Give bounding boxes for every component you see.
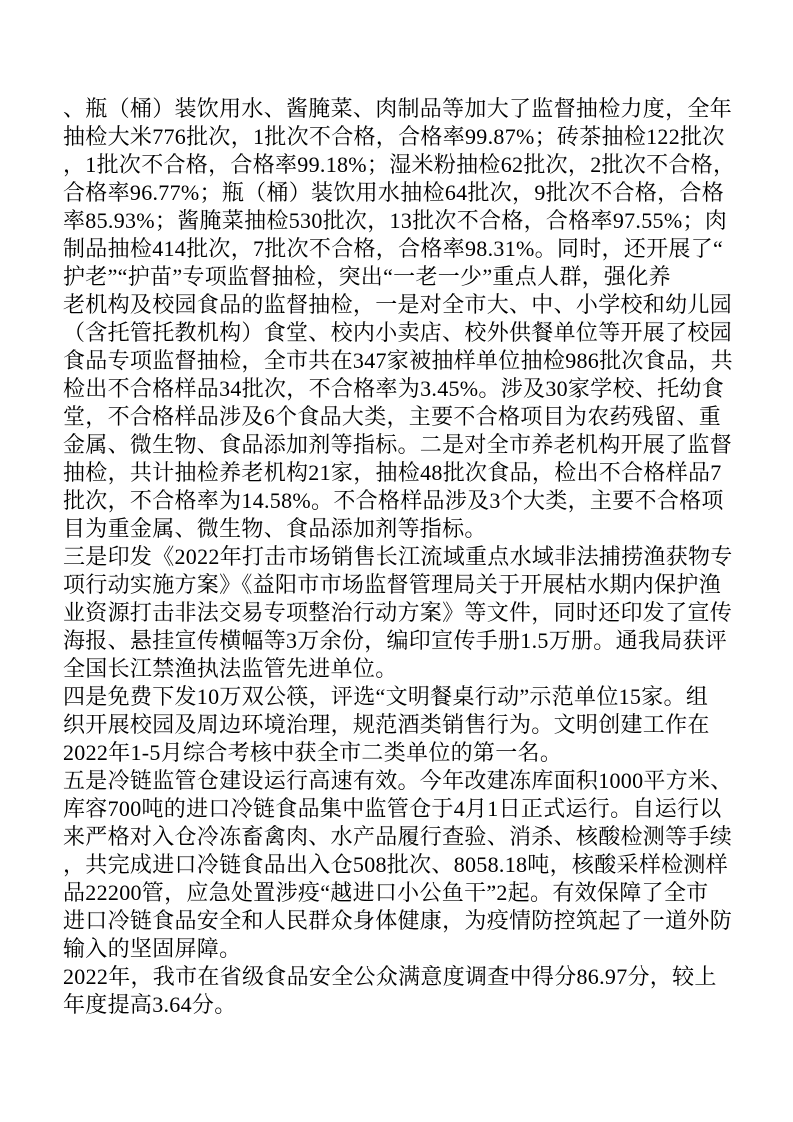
text-line: 检出不合格样品34批次，不合格率为3.45%。涉及30家学校、托幼食 <box>63 375 735 403</box>
document-text-block: 、瓶（桶）装饮用水、酱腌菜、肉制品等加大了监督抽检力度，全年抽检大米776批次，… <box>63 95 735 1019</box>
text-line: 2022年1-5月综合考核中获全市二类单位的第一名。 <box>63 739 735 767</box>
text-line: 品22200管，应急处置涉疫“越进口小公鱼干”2起。有效保障了全市 <box>63 879 735 907</box>
text-line: 食品专项监督抽检，全市共在347家被抽样单位抽检986批次食品，共 <box>63 347 735 375</box>
text-line: （含托管托教机构）食堂、校内小卖店、校外供餐单位等开展了校园 <box>63 319 735 347</box>
text-line: 合格率96.77%；瓶（桶）装饮用水抽检64批次，9批次不合格，合格 <box>63 179 735 207</box>
text-line: 批次，不合格率为14.58%。不合格样品涉及3个大类，主要不合格项 <box>63 487 735 515</box>
text-line: 金属、微生物、食品添加剂等指标。二是对全市养老机构开展了监督 <box>63 431 735 459</box>
text-line: 全国长江禁渔执法监管先进单位。 <box>63 655 735 683</box>
text-line: 业资源打击非法交易专项整治行动方案》等文件，同时还印发了宣传 <box>63 599 735 627</box>
text-line: 抽检大米776批次，1批次不合格，合格率99.87%；砖茶抽检122批次 <box>63 123 735 151</box>
text-line: 抽检，共计抽检养老机构21家，抽检48批次食品，检出不合格样品7 <box>63 459 735 487</box>
text-line: ，共完成进口冷链食品出入仓508批次、8058.18吨，核酸采样检测样 <box>63 851 735 879</box>
text-line: 织开展校园及周边环境治理，规范酒类销售行为。文明创建工作在 <box>63 711 735 739</box>
text-line: 制品抽检414批次，7批次不合格，合格率98.31%。同时，还开展了“ <box>63 235 735 263</box>
text-line: 五是冷链监管仓建设运行高速有效。今年改建冻库面积1000平方米、 <box>63 767 735 795</box>
text-line: 、瓶（桶）装饮用水、酱腌菜、肉制品等加大了监督抽检力度，全年 <box>63 95 735 123</box>
text-line: 老机构及校园食品的监督抽检，一是对全市大、中、小学校和幼儿园 <box>63 291 735 319</box>
text-line: 来严格对入仓冷冻畜禽肉、水产品履行查验、消杀、核酸检测等手续 <box>63 823 735 851</box>
text-line: 输入的坚固屏障。 <box>63 935 735 963</box>
text-line: 项行动实施方案》《益阳市市场监督管理局关于开展枯水期内保护渔 <box>63 571 735 599</box>
text-line: 目为重金属、微生物、食品添加剂等指标。 <box>63 515 735 543</box>
text-line: 年度提高3.64分。 <box>63 991 735 1019</box>
text-line: 库容700吨的进口冷链食品集中监管仓于4月1日正式运行。自运行以 <box>63 795 735 823</box>
text-line: 率85.93%；酱腌菜抽检530批次，13批次不合格，合格率97.55%；肉 <box>63 207 735 235</box>
text-line: 四是免费下发10万双公筷，评选“文明餐桌行动”示范单位15家。组 <box>63 683 735 711</box>
text-line: 护老”“护苗”专项监督抽检，突出“一老一少”重点人群，强化养 <box>63 263 735 291</box>
text-line: 2022年，我市在省级食品安全公众满意度调查中得分86.97分，较上 <box>63 963 735 991</box>
text-line: 堂，不合格样品涉及6个食品大类，主要不合格项目为农药残留、重 <box>63 403 735 431</box>
document-page: 、瓶（桶）装饮用水、酱腌菜、肉制品等加大了监督抽检力度，全年抽检大米776批次，… <box>0 0 793 1122</box>
text-line: 海报、悬挂宣传横幅等3万余份，编印宣传手册1.5万册。通我局获评 <box>63 627 735 655</box>
text-line: 进口冷链食品安全和人民群众身体健康，为疫情防控筑起了一道外防 <box>63 907 735 935</box>
text-line: ，1批次不合格，合格率99.18%；湿米粉抽检62批次，2批次不合格， <box>63 151 735 179</box>
text-line: 三是印发《2022年打击市场销售长江流域重点水域非法捕捞渔获物专 <box>63 543 735 571</box>
